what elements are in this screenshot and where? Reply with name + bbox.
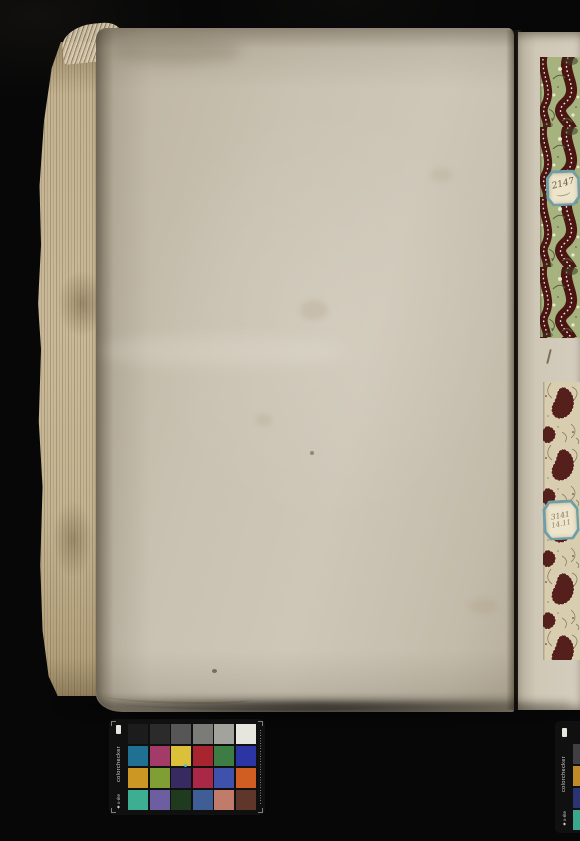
color-patch [236, 768, 256, 788]
registration-corner-mark [111, 721, 116, 726]
label-face: 2147 [548, 172, 578, 204]
color-checker-partial: colorchecker ◆ x-rite [556, 722, 580, 832]
color-patch [150, 768, 170, 788]
book-cast-shadow [60, 702, 570, 722]
classic-badge [116, 725, 121, 734]
color-patch [128, 746, 148, 766]
x-rite-logo-icon: ◆ [562, 822, 567, 827]
color-patch [150, 790, 170, 810]
stain-spot [430, 168, 452, 182]
color-patch [193, 768, 213, 788]
color-checker-label-strip: colorchecker ◆ x-rite [556, 722, 572, 832]
color-patch [236, 790, 256, 810]
color-patch [171, 768, 191, 788]
color-patch [214, 746, 234, 766]
colorchecker-wordmark: colorchecker [116, 734, 122, 794]
x-rite-logo: ◆ x-rite [116, 794, 121, 810]
x-rite-logo-text: x-rite [116, 794, 121, 804]
color-patch [128, 790, 148, 810]
color-patch [214, 768, 234, 788]
stain-spot [112, 38, 242, 64]
label-border: 2147 [545, 169, 580, 206]
blank-verso-page [96, 28, 514, 712]
stain-spot [256, 414, 272, 426]
color-checker-label-strip: colorchecker ◆ x-rite [110, 720, 127, 814]
color-patch [236, 724, 256, 744]
stain-spot [468, 598, 498, 614]
paper-light-band [100, 336, 350, 366]
micro-text-strip [260, 730, 262, 804]
color-patch [236, 746, 256, 766]
color-patch [193, 724, 213, 744]
color-patch-grid [128, 724, 256, 810]
color-patch [573, 788, 580, 808]
color-patch [573, 810, 580, 830]
paper-speck [212, 669, 217, 673]
color-patch [573, 744, 580, 764]
label-face: 3141 14.11 [545, 502, 578, 539]
page-crease-shadow [96, 30, 114, 708]
color-patch [171, 790, 191, 810]
stain-spot [300, 300, 328, 320]
swatch-number-label: 3141 14.11 [542, 499, 580, 541]
color-patch [193, 790, 213, 810]
color-patch [128, 768, 148, 788]
x-rite-logo: ◆ x-rite [562, 811, 567, 827]
color-checker: colorchecker ◆ x-rite [110, 720, 264, 814]
center-dot-mark [184, 764, 187, 767]
color-patch [171, 746, 191, 766]
color-patch-column [573, 744, 580, 830]
photograph-scene: 2147 [0, 0, 580, 841]
registration-corner-mark [111, 808, 116, 813]
classic-badge [562, 728, 567, 737]
swatch-number-label: 2147 [545, 169, 580, 206]
color-patch [128, 724, 148, 744]
color-patch [193, 746, 213, 766]
registration-corner-mark [258, 721, 263, 726]
color-patch [171, 724, 191, 744]
label-border: 3141 14.11 [542, 499, 580, 541]
color-patch [214, 790, 234, 810]
color-patch [150, 724, 170, 744]
x-rite-logo-text: x-rite [562, 811, 567, 821]
paper-speck [310, 451, 314, 455]
registration-corner-mark [258, 808, 263, 813]
colorchecker-wordmark: colorchecker [561, 737, 567, 811]
handwritten-number: 14.11 [551, 519, 572, 530]
color-patch [214, 724, 234, 744]
x-rite-logo-icon: ◆ [116, 805, 121, 810]
color-patch [150, 746, 170, 766]
color-patch [573, 766, 580, 786]
